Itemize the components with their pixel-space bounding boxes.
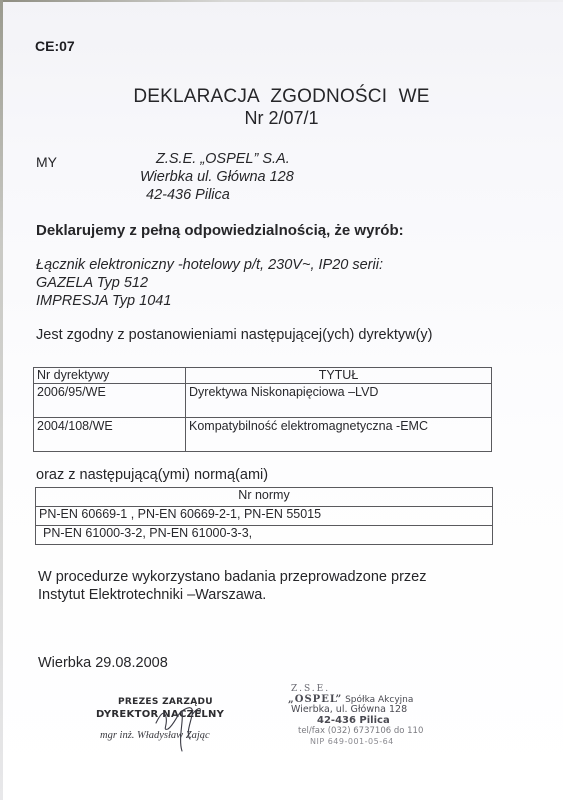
product-line: Łącznik elektroniczny -hotelowy p/t, 230… bbox=[36, 256, 383, 274]
header-cell-title: TYTUŁ bbox=[186, 368, 492, 384]
table-row: 2006/95/WE Dyrektywa Niskonapięciowa –LV… bbox=[34, 384, 492, 418]
norms-intro: oraz z następującą(ymi) normą(ami) bbox=[36, 467, 268, 483]
issuer-label: MY bbox=[36, 154, 57, 170]
norms-table: Nr normy PN-EN 60669-1 , PN-EN 60669-2-1… bbox=[35, 487, 493, 545]
table-row: 2004/108/WE Kompatybilność elektromagnet… bbox=[34, 418, 492, 452]
header-cell-norm-number: Nr normy bbox=[36, 488, 493, 507]
place-and-date: Wierbka 29.08.2008 bbox=[38, 655, 168, 671]
company-stamp: Z.S.E. „OSPEL” Spółka Akcyjna Wierbka, u… bbox=[288, 684, 423, 747]
stamp-company-name: „OSPEL” bbox=[288, 694, 342, 705]
issuer-address: Z.S.E. „OSPEL” S.A. Wierbka ul. Główna 1… bbox=[140, 150, 294, 204]
procedure-line: Instytut Elektrotechniki –Warszawa. bbox=[38, 586, 426, 604]
procedure-line: W procedurze wykorzystano badania przepr… bbox=[38, 568, 426, 586]
document-title: DEKLARACJA ZGODNOŚCI WE bbox=[0, 86, 563, 108]
document-code: CE:07 bbox=[35, 38, 75, 54]
document-number: Nr 2/07/1 bbox=[0, 108, 563, 129]
stamp-line: Wierbka, ul. Główna 128 bbox=[288, 705, 423, 716]
directives-intro: Jest zgodny z postanowieniami następując… bbox=[36, 327, 433, 343]
handwritten-signature-icon bbox=[148, 695, 218, 755]
stamp-line: tel/fax (032) 6737106 do 110 bbox=[288, 726, 423, 737]
directives-table: Nr dyrektywy TYTUŁ 2006/95/WE Dyrektywa … bbox=[33, 367, 492, 452]
procedure-note: W procedurze wykorzystano badania przepr… bbox=[38, 568, 426, 604]
product-line: IMPRESJA Typ 1041 bbox=[36, 292, 383, 310]
header-cell-directive-number: Nr dyrektywy bbox=[34, 368, 186, 384]
scan-top-edge bbox=[0, 0, 563, 2]
product-line: GAZELA Typ 512 bbox=[36, 274, 383, 292]
norms-cell: PN-EN 61000-3-2, PN-EN 61000-3-3, bbox=[36, 526, 493, 545]
directive-number-cell: 2004/108/WE bbox=[34, 418, 186, 452]
stamp-line: 42-436 Pilica bbox=[288, 716, 423, 727]
stamp-line: NIP 649-001-05-64 bbox=[288, 737, 423, 748]
table-row: PN-EN 60669-1 , PN-EN 60669-2-1, PN-EN 5… bbox=[36, 507, 493, 526]
declaration-statement: Deklarujemy z pełną odpowiedzialnością, … bbox=[36, 222, 404, 239]
stamp-company-form: Spółka Akcyjna bbox=[342, 695, 413, 705]
table-header-row: Nr dyrektywy TYTUŁ bbox=[34, 368, 492, 384]
table-header-row: Nr normy bbox=[36, 488, 493, 507]
directive-title-cell: Dyrektywa Niskonapięciowa –LVD bbox=[186, 384, 492, 418]
directive-number-cell: 2006/95/WE bbox=[34, 384, 186, 418]
norms-cell: PN-EN 60669-1 , PN-EN 60669-2-1, PN-EN 5… bbox=[36, 507, 493, 526]
product-description: Łącznik elektroniczny -hotelowy p/t, 230… bbox=[36, 256, 383, 310]
directive-title-cell: Kompatybilność elektromagnetyczna -EMC bbox=[186, 418, 492, 452]
table-row: PN-EN 61000-3-2, PN-EN 61000-3-3, bbox=[36, 526, 493, 545]
document-page: CE:07 DEKLARACJA ZGODNOŚCI WE Nr 2/07/1 … bbox=[0, 0, 563, 800]
issuer-city: 42-436 Pilica bbox=[140, 186, 294, 204]
issuer-street: Wierbka ul. Główna 128 bbox=[140, 168, 294, 186]
issuer-company: Z.S.E. „OSPEL” S.A. bbox=[140, 150, 294, 168]
